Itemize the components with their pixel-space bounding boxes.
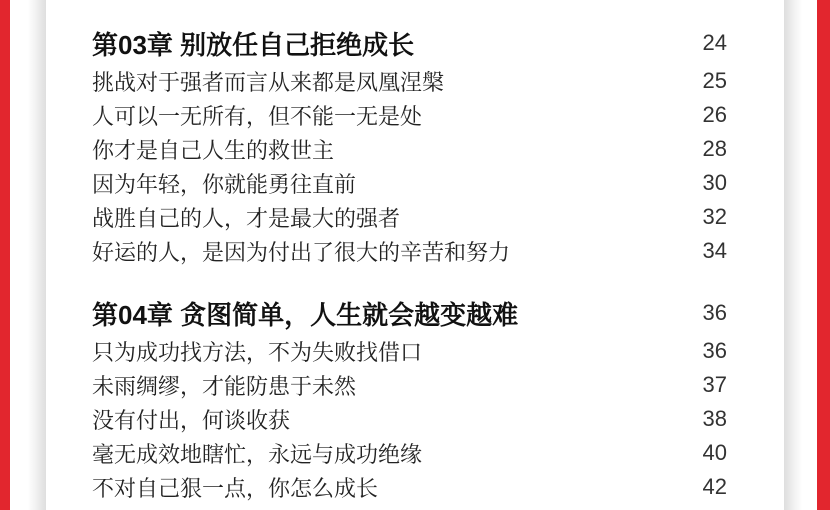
entry-page-number: 30 [683,170,727,196]
entry-page-number: 40 [683,440,727,466]
toc-section-ch03: 第03章 别放任自己拒绝成长 24 挑战对于强者而言从来都是凤凰涅槃 25 人可… [92,26,727,268]
entry-title: 不对自己狠一点，你怎么成长 [92,472,378,503]
entry-title: 因为年轻，你就能勇往直前 [92,168,356,199]
toc-entry-row: 未雨绸缪，才能防患于未然 37 [92,368,727,402]
entry-page-number: 26 [683,102,727,128]
chapter-heading-row: 第03章 别放任自己拒绝成长 24 [92,26,727,60]
toc-entry-row: 战胜自己的人，才是最大的强者 32 [92,200,727,234]
entry-page-number: 25 [683,68,727,94]
entry-title: 只为成功找方法，不为失败找借口 [92,336,422,367]
toc-entry-row: 不对自己狠一点，你怎么成长 42 [92,470,727,504]
chapter-page-number: 36 [683,300,727,326]
right-card-shadow [784,0,802,510]
entry-title: 你才是自己人生的救世主 [92,134,334,165]
entry-title: 毫无成效地瞎忙，永远与成功绝缘 [92,438,422,469]
entry-page-number: 38 [683,406,727,432]
entry-title: 挑战对于强者而言从来都是凤凰涅槃 [92,66,444,97]
chapter-heading-row: 第04章 贪图简单，人生就会越变越难 36 [92,296,727,330]
entry-title: 人可以一无所有，但不能一无是处 [92,100,422,131]
entry-page-number: 28 [683,136,727,162]
entry-title: 未雨绸缪，才能防患于未然 [92,370,356,401]
left-card-shadow [28,0,46,510]
toc-entry-row: 好运的人，是因为付出了很大的辛苦和努力 34 [92,234,727,268]
book-toc-page: 第03章 别放任自己拒绝成长 24 挑战对于强者而言从来都是凤凰涅槃 25 人可… [0,0,830,510]
entry-page-number: 36 [683,338,727,364]
chapter-page-number: 24 [683,30,727,56]
toc-entry-row: 只为成功找方法，不为失败找借口 36 [92,334,727,368]
entry-page-number: 37 [683,372,727,398]
chapter-title: 第03章 别放任自己拒绝成长 [92,25,414,62]
toc-entry-row: 人可以一无所有，但不能一无是处 26 [92,98,727,132]
toc-entry-row: 因为年轻，你就能勇往直前 30 [92,166,727,200]
chapter-title: 第04章 贪图简单，人生就会越变越难 [92,295,518,332]
entry-page-number: 42 [683,474,727,500]
entry-page-number: 32 [683,204,727,230]
toc-card: 第03章 别放任自己拒绝成长 24 挑战对于强者而言从来都是凤凰涅槃 25 人可… [46,0,784,510]
entry-title: 没有付出，何谈收获 [92,404,290,435]
toc-entry-row: 你才是自己人生的救世主 28 [92,132,727,166]
toc-entry-row: 毫无成效地瞎忙，永远与成功绝缘 40 [92,436,727,470]
toc-entry-row: 挑战对于强者而言从来都是凤凰涅槃 25 [92,64,727,98]
toc-entry-row: 没有付出，何谈收获 38 [92,402,727,436]
entry-title: 战胜自己的人，才是最大的强者 [92,202,400,233]
toc-section-ch04: 第04章 贪图简单，人生就会越变越难 36 只为成功找方法，不为失败找借口 36… [92,296,727,504]
entry-page-number: 34 [683,238,727,264]
entry-title: 好运的人，是因为付出了很大的辛苦和努力 [92,236,510,267]
right-red-border [817,0,830,510]
left-red-border [0,0,10,510]
